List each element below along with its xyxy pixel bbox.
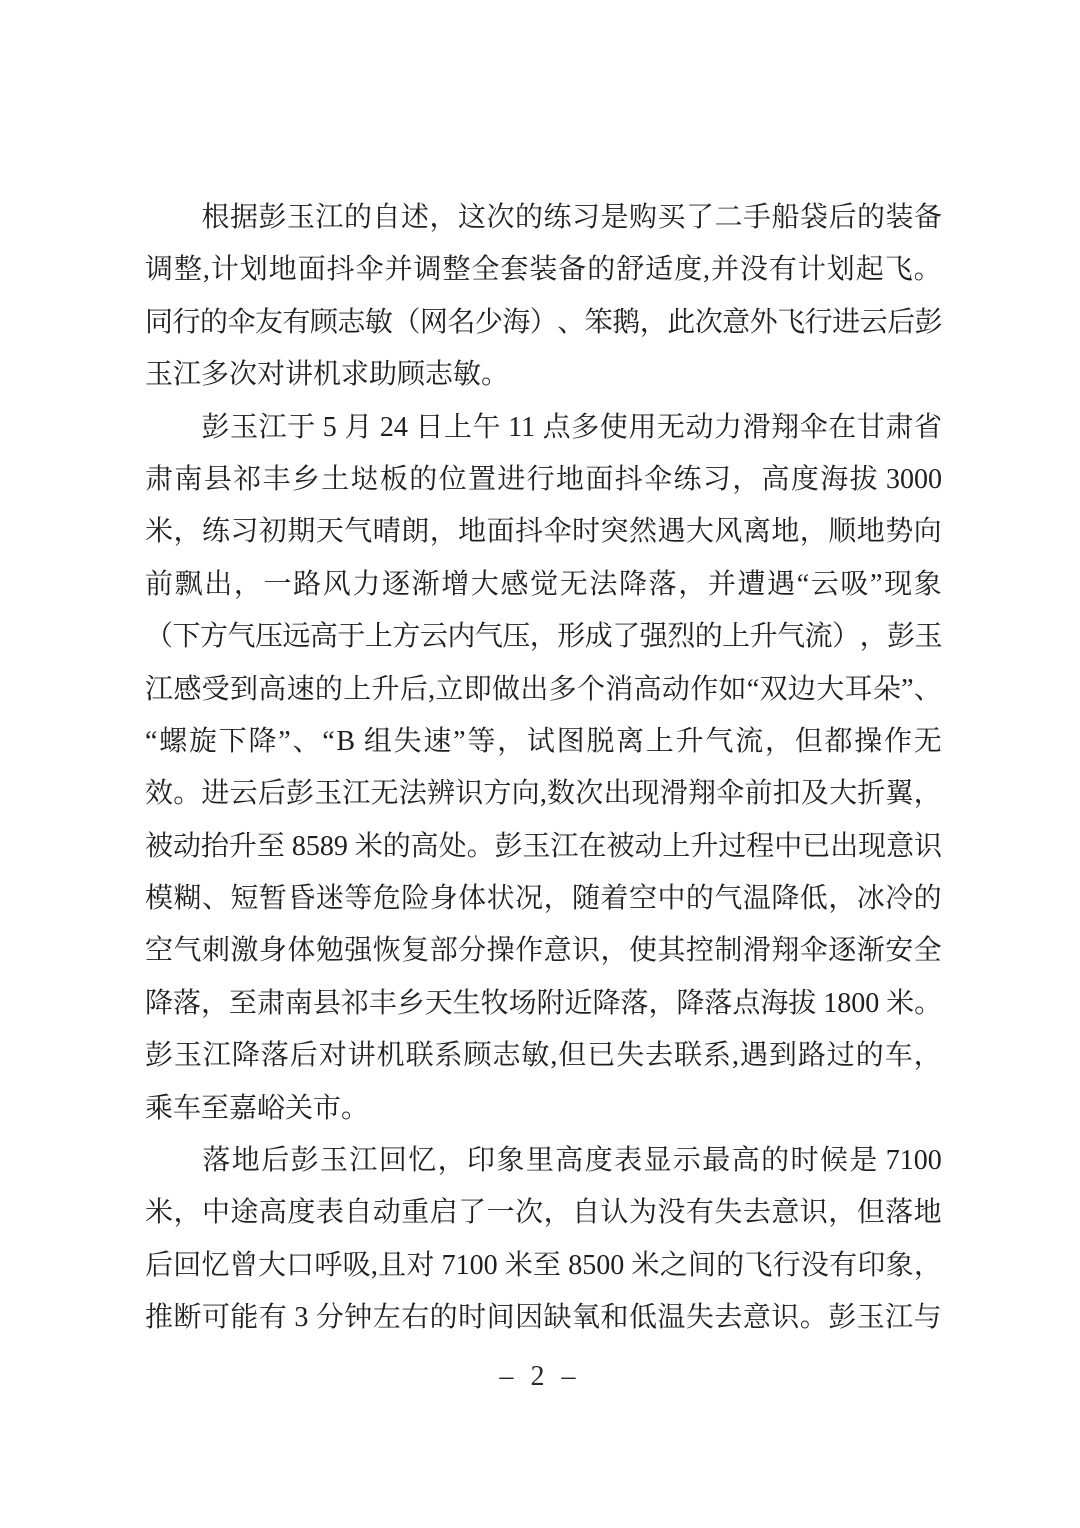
text-line: 后回忆曾大口呼吸,且对 7100 米至 8500 米之间的飞行没有印象， xyxy=(145,1240,942,1292)
text-line: 米，中途高度表自动重启了一次，自认为没有失去意识，但落地 xyxy=(145,1187,942,1239)
text-line: 同行的伞友有顾志敏（网名少海）、笨鹅，此次意外飞行进云后彭 xyxy=(145,297,942,349)
text-line: 彭玉江降落后对讲机联系顾志敏,但已失去联系,遇到路过的车， xyxy=(145,1030,942,1082)
text-line: 被动抬升至 8589 米的高处。彭玉江在被动上升过程中已出现意识 xyxy=(145,821,942,873)
text-line: 调整,计划地面抖伞并调整全套装备的舒适度,并没有计划起飞。 xyxy=(145,244,942,296)
text-line: 空气刺激身体勉强恢复部分操作意识，使其控制滑翔伞逐渐安全 xyxy=(145,925,942,977)
text-line: 肃南县祁丰乡土垯板的位置进行地面抖伞练习，高度海拔 3000 xyxy=(145,454,942,506)
text-line: 推断可能有 3 分钟左右的时间因缺氧和低温失去意识。彭玉江与 xyxy=(145,1292,942,1344)
document-page: 根据彭玉江的自述，这次的练习是购买了二手船袋后的装备调整,计划地面抖伞并调整全套… xyxy=(0,0,1080,1528)
text-line: 江感受到高速的上升后,立即做出多个消高动作如“双边大耳朵”、 xyxy=(145,664,942,716)
text-line: 降落，至肃南县祁丰乡天生牧场附近降落，降落点海拔 1800 米。 xyxy=(145,978,942,1030)
text-line: 玉江多次对讲机求助顾志敏。 xyxy=(145,349,942,401)
document-body: 根据彭玉江的自述，这次的练习是购买了二手船袋后的装备调整,计划地面抖伞并调整全套… xyxy=(145,192,942,1345)
page-number: – 2 – xyxy=(0,1352,1080,1402)
text-line: 模糊、短暂昏迷等危险身体状况，随着空中的气温降低，冰冷的 xyxy=(145,873,942,925)
text-line: （下方气压远高于上方云内气压，形成了强烈的上升气流），彭玉 xyxy=(145,611,942,663)
text-line: 落地后彭玉江回忆，印象里高度表显示最高的时候是 7100 xyxy=(145,1135,942,1187)
text-line: 彭玉江于 5 月 24 日上午 11 点多使用无动力滑翔伞在甘肃省 xyxy=(145,402,942,454)
text-line: 米，练习初期天气晴朗，地面抖伞时突然遇大风离地，顺地势向 xyxy=(145,506,942,558)
text-line: 前飘出，一路风力逐渐增大感觉无法降落，并遭遇“云吸”现象 xyxy=(145,559,942,611)
text-line: 根据彭玉江的自述，这次的练习是购买了二手船袋后的装备 xyxy=(145,192,942,244)
text-line: 效。进云后彭玉江无法辨识方向,数次出现滑翔伞前扣及大折翼， xyxy=(145,768,942,820)
text-line: “螺旋下降”、“B 组失速”等，试图脱离上升气流，但都操作无 xyxy=(145,716,942,768)
text-line: 乘车至嘉峪关市。 xyxy=(145,1083,942,1135)
